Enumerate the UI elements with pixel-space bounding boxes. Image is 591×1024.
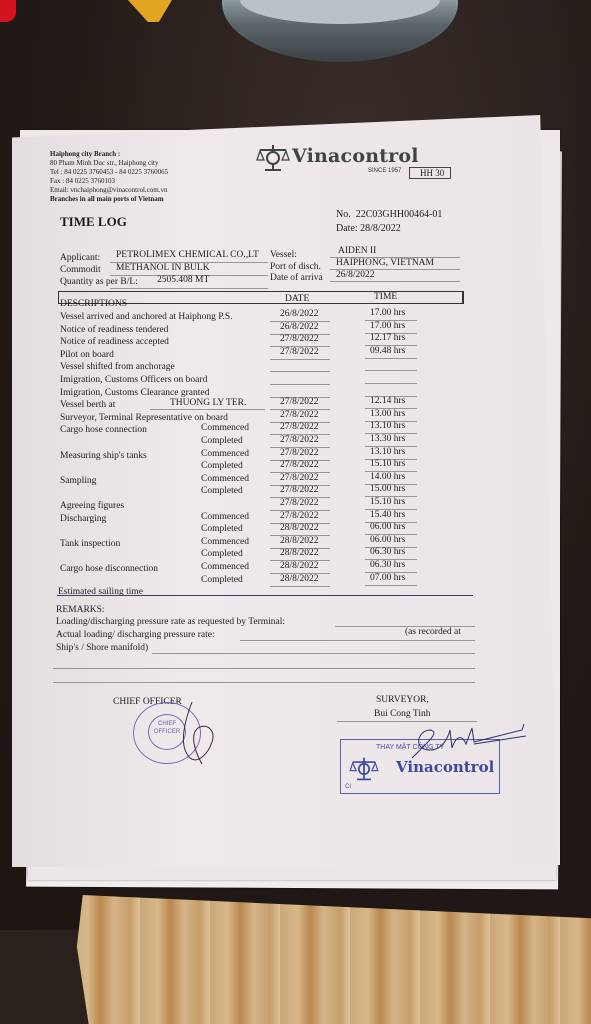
time-log-document: Haiphong city Branch : 80 Pham Minh Duc …	[0, 0, 591, 1024]
time-underline	[365, 585, 417, 586]
row-time: 06.00 hrs	[370, 522, 405, 532]
row-description: Measuring ship's tanks	[60, 451, 147, 461]
row-date: 26/8/2022	[280, 309, 319, 319]
date-value: 28/8/2022	[360, 223, 401, 234]
row-description: Imigration, Customs Clearance granted	[60, 388, 209, 398]
row-description: Sampling	[60, 476, 96, 486]
header-date: DATE	[285, 294, 309, 304]
row-date: 27/8/2022	[280, 334, 319, 344]
row-time: 17.00 hrs	[370, 308, 405, 318]
row-stage: THUONG LY TER.	[170, 398, 246, 408]
row-stage: Completed	[201, 549, 243, 559]
arrival-value: 26/8/2022	[336, 270, 375, 280]
date-underline	[270, 371, 330, 372]
branch-ports: Branches in all main ports of Vietnam	[50, 195, 168, 204]
company-stamp-code: CI	[345, 784, 351, 790]
remarks-line2-note: (as recorded at	[405, 627, 461, 637]
date-label: Date:	[336, 223, 358, 234]
date-underline	[270, 359, 330, 360]
row-date: 27/8/2022	[280, 422, 319, 432]
row-time: 14.00 hrs	[370, 472, 405, 482]
header-descriptions: DESCRIPTIONS	[60, 299, 127, 309]
page-title: TIME LOG	[60, 214, 127, 230]
row-date: 27/8/2022	[280, 347, 319, 357]
row-time: 12.17 hrs	[370, 333, 405, 343]
row-time: 06.00 hrs	[370, 535, 405, 545]
branch-heading: Haiphong city Branch :	[50, 150, 168, 159]
remarks-line3: Ship's / Shore manifold)	[56, 643, 148, 653]
row-date: 27/8/2022	[280, 397, 319, 407]
stamp-scales-icon	[349, 756, 379, 782]
applicant-label: Applicant:	[60, 253, 100, 263]
row-time: 17.00 hrs	[370, 321, 405, 331]
chief-officer-signature	[162, 698, 232, 768]
row-description: Cargo hose connection	[60, 425, 147, 435]
row-description: Discharging	[60, 514, 106, 524]
row-description: Cargo hose disconnection	[60, 564, 158, 574]
row-description: Vessel berth at	[60, 400, 115, 410]
surveyor-name: Bui Cong Tinh	[374, 709, 431, 719]
remarks-heading: REMARKS:	[56, 605, 105, 615]
row-description: Vessel shifted from anchorage	[60, 362, 175, 372]
row-description: Tank inspection	[60, 539, 120, 549]
row-time: 09.48 hrs	[370, 346, 405, 356]
row-stage: Commenced	[201, 562, 249, 572]
row-date: 28/8/2022	[280, 536, 319, 546]
date-underline	[270, 384, 330, 385]
row-time: 15.10 hrs	[370, 497, 405, 507]
remarks-line2: Actual loading/ discharging pressure rat…	[56, 630, 215, 640]
row-date: 27/8/2022	[280, 511, 319, 521]
row-stage: Completed	[201, 461, 243, 471]
arrival-label: Date of arriva	[270, 273, 323, 283]
date-underline	[270, 586, 330, 587]
quantity-label: Quantity as per B/L:	[60, 277, 138, 287]
applicant-value: PETROLIMEX CHEMICAL CO.,LT	[116, 250, 259, 260]
row-date: 27/8/2022	[280, 498, 319, 508]
row-date: 27/8/2022	[280, 448, 319, 458]
row-date: 27/8/2022	[280, 485, 319, 495]
row-time: 06.30 hrs	[370, 547, 405, 557]
commodity-label: Commodit	[60, 265, 101, 275]
row-date: 28/8/2022	[280, 548, 319, 558]
form-code: HH 30	[409, 167, 451, 179]
row-time: 07.00 hrs	[370, 573, 405, 583]
vinacontrol-logo: Vinacontrol SINCE 1957 HH 30	[256, 143, 456, 179]
surveyor-title: SURVEYOR,	[376, 695, 429, 705]
row-stage: Completed	[201, 486, 243, 496]
row-stage: Commenced	[201, 423, 249, 433]
branch-fax: Fax : 84 0225 3760103	[50, 177, 168, 186]
row-time: 13.00 hrs	[370, 409, 405, 419]
row-date: 27/8/2022	[280, 435, 319, 445]
branch-email: Email: vnchaiphong@vinacontrol.com.vn	[50, 186, 168, 195]
row-description: Vessel arrived and anchored at Haiphong …	[60, 312, 233, 322]
logo-since: SINCE 1957	[368, 168, 401, 174]
row-time: 13.30 hrs	[370, 434, 405, 444]
row-time: 13.10 hrs	[370, 421, 405, 431]
row-time: 06.30 hrs	[370, 560, 405, 570]
branch-address: 80 Pham Minh Duc str., Haiphong city	[50, 159, 168, 168]
berth-underline	[150, 409, 265, 410]
remarks-line1: Loading/discharging pressure rate as req…	[56, 617, 285, 627]
row-description: Notice of readiness accepted	[60, 337, 169, 347]
row-time: 12.14 hrs	[370, 396, 405, 406]
sailing-line	[57, 595, 473, 596]
port-label: Port of disch.	[270, 262, 321, 272]
row-description: Notice of readiness tendered	[60, 325, 168, 335]
scales-icon	[256, 143, 290, 173]
row-date: 28/8/2022	[280, 561, 319, 571]
vessel-value: AIDEN II	[338, 246, 376, 256]
row-stage: Completed	[201, 575, 243, 585]
row-date: 28/8/2022	[280, 523, 319, 533]
number-label: No.	[336, 209, 351, 220]
row-stage: Completed	[201, 524, 243, 534]
commodity-value: METHANOL IN BULK	[116, 263, 210, 273]
number-value: 22C03GHH00464-01	[356, 209, 443, 220]
row-stage: Commenced	[201, 449, 249, 459]
row-description: Pilot on board	[60, 350, 114, 360]
quantity-value: 2505.408 MT	[157, 275, 209, 285]
row-description: Agreeing figures	[60, 501, 124, 511]
row-date: 27/8/2022	[280, 473, 319, 483]
row-time: 15.00 hrs	[370, 484, 405, 494]
document-number: No. 22C03GHH00464-01 Date: 28/8/2022	[336, 208, 442, 236]
row-description: Surveyor, Terminal Representative on boa…	[60, 413, 228, 423]
row-time: 15.40 hrs	[370, 510, 405, 520]
row-stage: Completed	[201, 436, 243, 446]
vessel-label: Vessel:	[270, 250, 297, 260]
port-value: HAIPHONG, VIETNAM	[336, 258, 434, 268]
row-stage: Commenced	[201, 474, 249, 484]
row-stage: Commenced	[201, 537, 249, 547]
logo-name: Vinacontrol	[292, 145, 419, 167]
row-date: 26/8/2022	[280, 322, 319, 332]
branch-info: Haiphong city Branch : 80 Pham Minh Duc …	[50, 150, 168, 204]
row-date: 27/8/2022	[280, 460, 319, 470]
branch-tel: Tel : 84 0225 3760453 - 84 0225 3760065	[50, 168, 168, 177]
row-date: 28/8/2022	[280, 574, 319, 584]
time-underline	[365, 358, 417, 359]
header-time: TIME	[374, 292, 397, 302]
row-time: 15.10 hrs	[370, 459, 405, 469]
time-underline	[365, 370, 417, 371]
row-date: 27/8/2022	[280, 410, 319, 420]
surveyor-signature	[400, 720, 580, 770]
row-description: Imigration, Customs Officers on board	[60, 375, 207, 385]
row-stage: Commenced	[201, 512, 249, 522]
row-time: 13.10 hrs	[370, 447, 405, 457]
time-underline	[365, 383, 417, 384]
